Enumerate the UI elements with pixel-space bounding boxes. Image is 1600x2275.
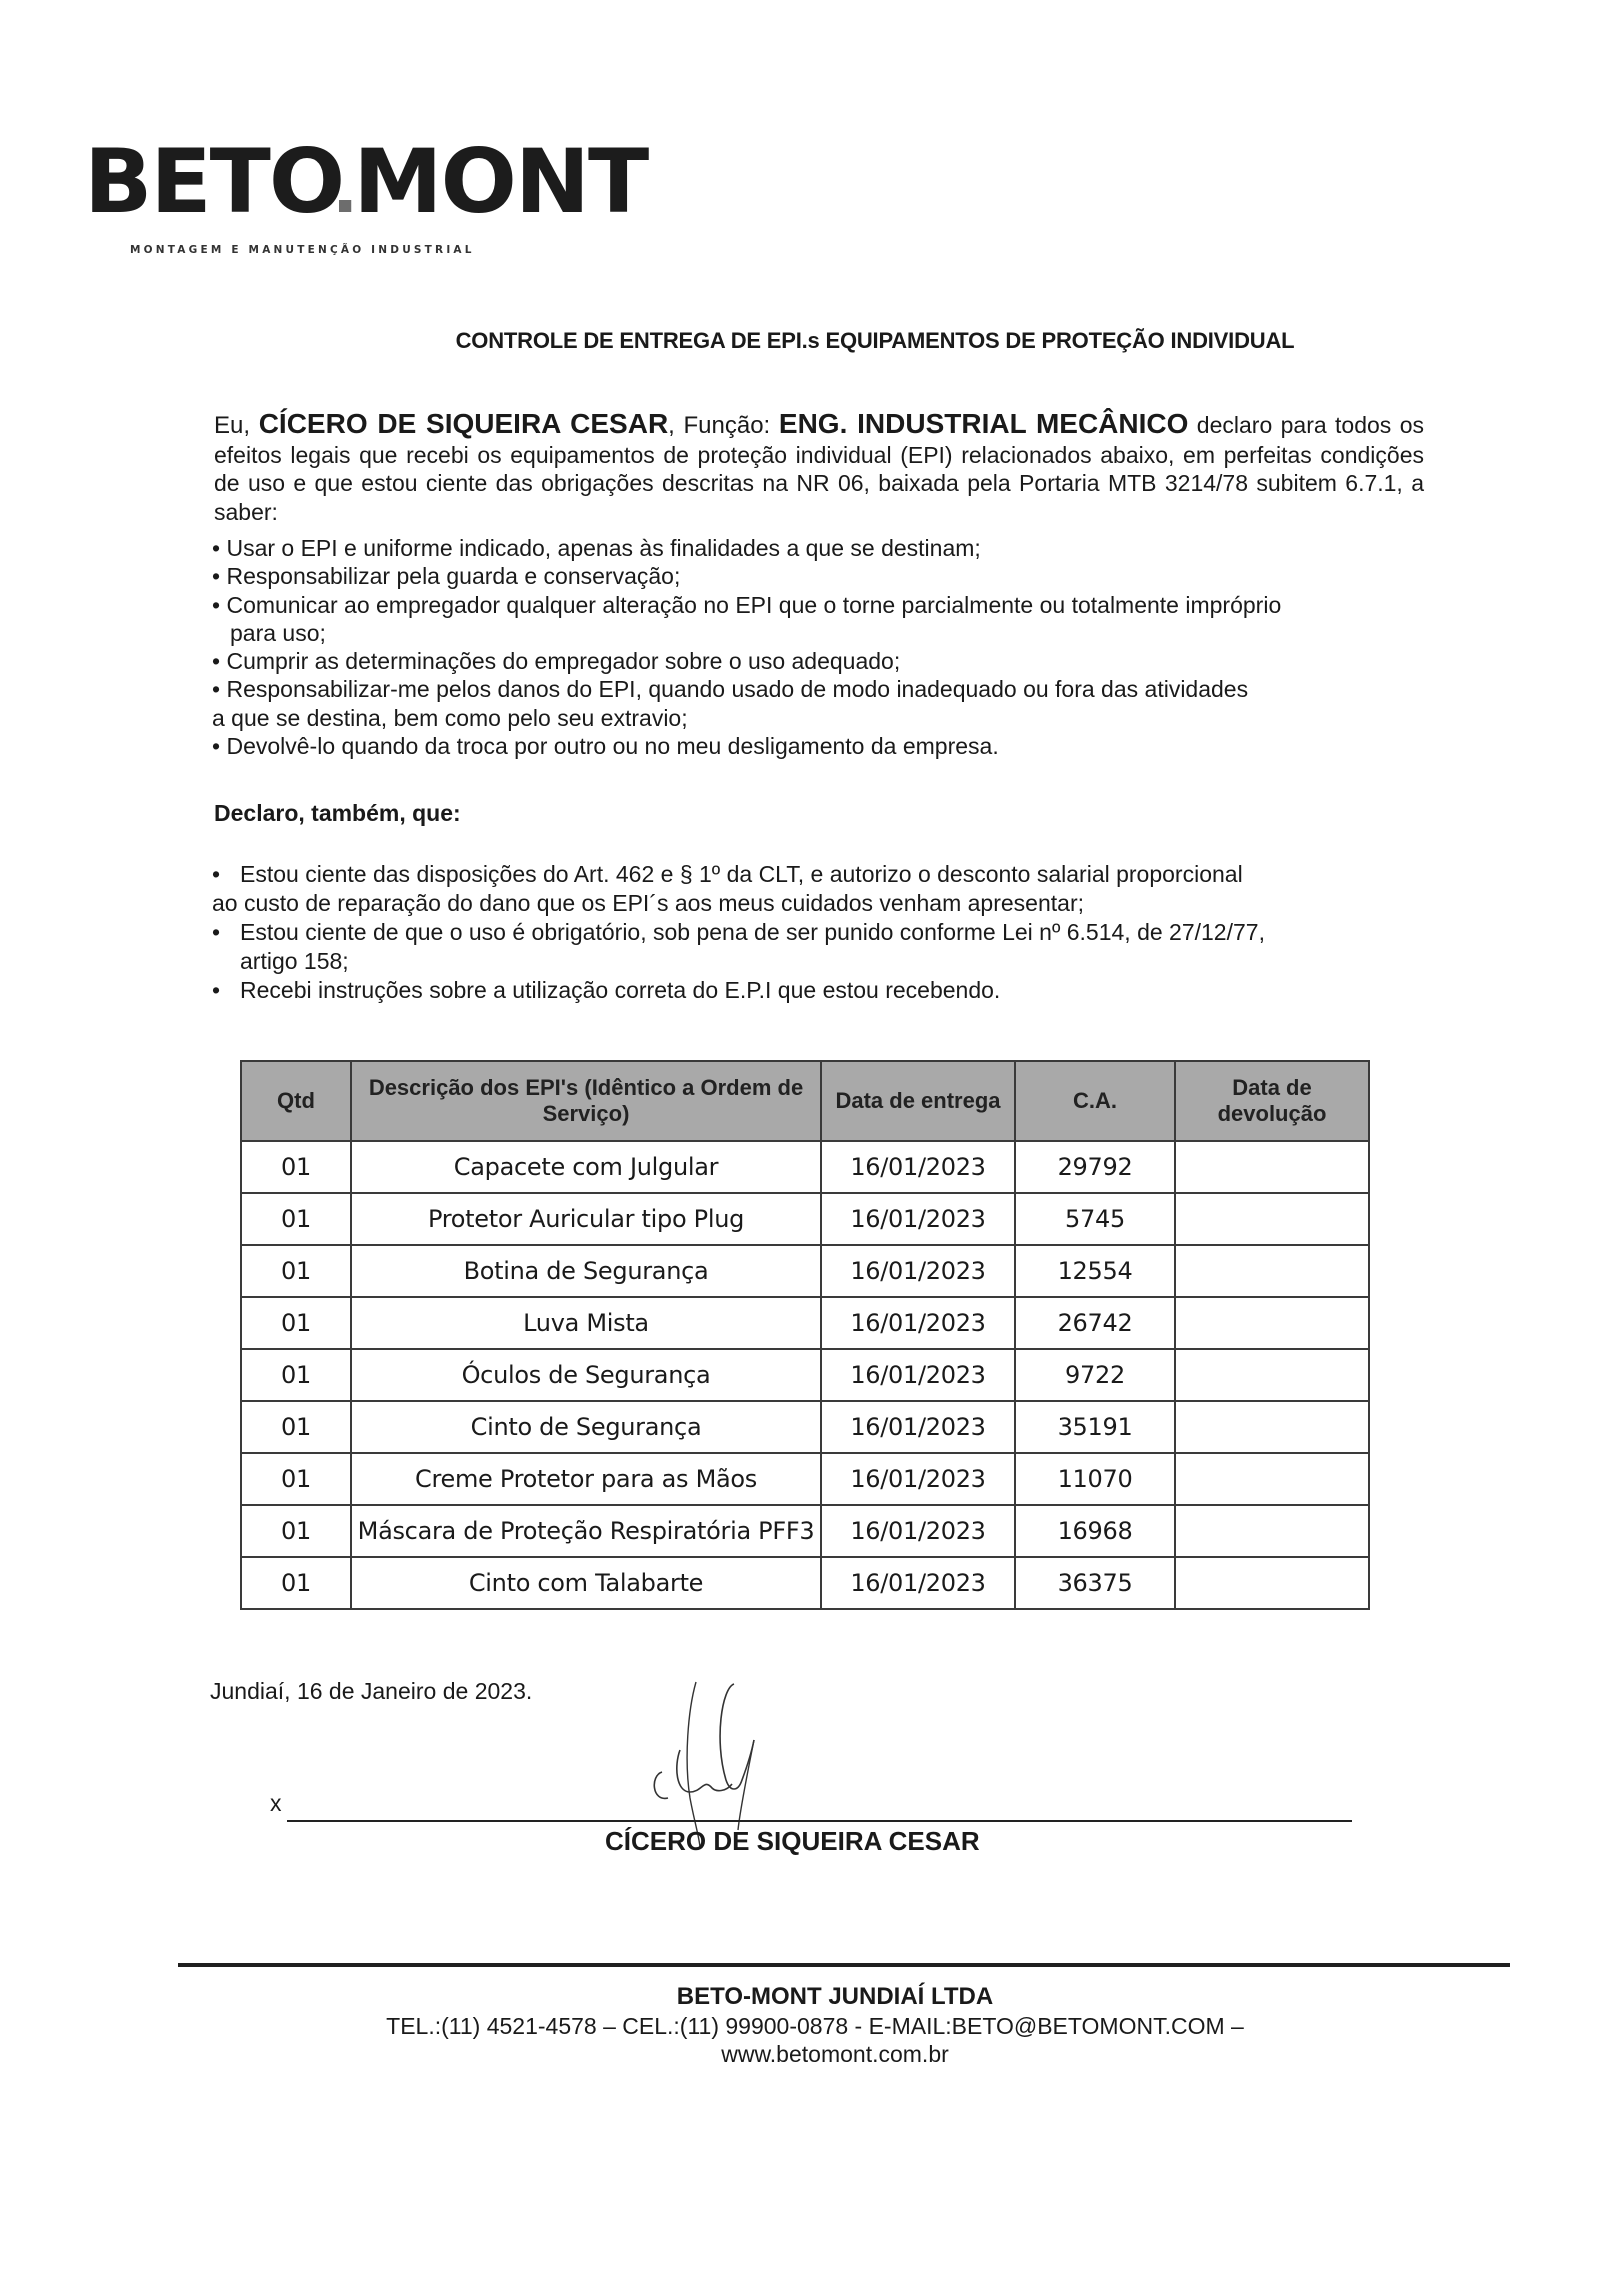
cell-ca: 36375 <box>1015 1557 1175 1609</box>
obligation-continuation: a que se destina, bem como pelo seu extr… <box>212 704 1432 732</box>
cell-delivery-date: 16/01/2023 <box>821 1193 1015 1245</box>
obligations-list: • Usar o EPI e uniforme indicado, apenas… <box>212 534 1432 760</box>
table-row: 01Capacete com Julgular16/01/202329792 <box>241 1141 1369 1193</box>
cell-return-date <box>1175 1349 1369 1401</box>
cell-description: Máscara de Proteção Respiratória PFF3 <box>351 1505 821 1557</box>
footer-company-row: BETO-MONT JUNDIAÍ LTDA <box>0 1983 1600 2011</box>
table-row: 01Luva Mista16/01/202326742 <box>241 1297 1369 1349</box>
cell-delivery-date: 16/01/2023 <box>821 1349 1015 1401</box>
cell-return-date <box>1175 1401 1369 1453</box>
obligation-continuation: para uso; <box>212 619 1432 647</box>
obligation-text: Devolvê-lo quando da troca por outro ou … <box>226 733 998 759</box>
cell-delivery-date: 16/01/2023 <box>821 1505 1015 1557</box>
cell-qtd: 01 <box>241 1349 351 1401</box>
obligation-text: Comunicar ao empregador qualquer alteraç… <box>226 592 1281 618</box>
cell-return-date <box>1175 1193 1369 1245</box>
declaration-text: ao custo de reparação do dano que os EPI… <box>212 890 1084 916</box>
declaration-continuation: artigo 158; <box>212 947 1422 976</box>
cell-delivery-date: 16/01/2023 <box>821 1401 1015 1453</box>
obligation-item: • Usar o EPI e uniforme indicado, apenas… <box>212 534 1432 562</box>
cell-qtd: 01 <box>241 1557 351 1609</box>
cell-description: Protetor Auricular tipo Plug <box>351 1193 821 1245</box>
cell-delivery-date: 16/01/2023 <box>821 1141 1015 1193</box>
cell-qtd: 01 <box>241 1505 351 1557</box>
header-return-date: Data de devolução <box>1175 1061 1369 1141</box>
header-qtd: Qtd <box>241 1061 351 1141</box>
header-description: Descrição dos EPI's (Idêntico a Ordem de… <box>351 1061 821 1141</box>
footer-website-row: www.betomont.com.br <box>0 2041 1600 2068</box>
cell-ca: 16968 <box>1015 1505 1175 1557</box>
footer-divider <box>178 1963 1510 1967</box>
cell-description: Botina de Segurança <box>351 1245 821 1297</box>
declaration-item: •Estou ciente de que o uso é obrigatório… <box>212 918 1422 947</box>
obligation-item: • Responsabilizar-me pelos danos do EPI,… <box>212 675 1432 703</box>
table-row: 01Óculos de Segurança16/01/20239722 <box>241 1349 1369 1401</box>
cell-qtd: 01 <box>241 1297 351 1349</box>
footer-contact-row: TEL.:(11) 4521-4578 – CEL.:(11) 99900-08… <box>0 2013 1600 2040</box>
cell-ca: 9722 <box>1015 1349 1175 1401</box>
logo-square-dot <box>339 200 351 212</box>
cell-ca: 35191 <box>1015 1401 1175 1453</box>
company-logo: BETOMONT MONTAGEM E MANUTENÇÃO INDUSTRIA… <box>84 138 544 256</box>
obligation-item: • Responsabilizar pela guarda e conserva… <box>212 562 1432 590</box>
header-ca: C.A. <box>1015 1061 1175 1141</box>
cell-description: Creme Protetor para as Mãos <box>351 1453 821 1505</box>
cell-qtd: 01 <box>241 1141 351 1193</box>
logo-text-right: MONT <box>353 130 647 233</box>
place-and-date: Jundiaí, 16 de Janeiro de 2023. <box>210 1678 532 1705</box>
obligation-text: para uso; <box>230 620 326 646</box>
cell-qtd: 01 <box>241 1401 351 1453</box>
cell-description: Cinto de Segurança <box>351 1401 821 1453</box>
obligation-item: • Devolvê-lo quando da troca por outro o… <box>212 732 1432 760</box>
document-title-row: CONTROLE DE ENTREGA DE EPI.s EQUIPAMENTO… <box>0 328 1600 354</box>
declaration-continuation: ao custo de reparação do dano que os EPI… <box>212 889 1422 918</box>
obligation-text: a que se destina, bem como pelo seu extr… <box>212 705 688 731</box>
obligation-text: Usar o EPI e uniforme indicado, apenas à… <box>226 535 980 561</box>
cell-return-date <box>1175 1505 1369 1557</box>
employee-role: ENG. INDUSTRIAL MECÂNICO <box>779 408 1189 439</box>
cell-qtd: 01 <box>241 1193 351 1245</box>
cell-return-date <box>1175 1141 1369 1193</box>
logo-wordmark: BETOMONT <box>84 138 553 226</box>
table-row: 01Cinto de Segurança16/01/202335191 <box>241 1401 1369 1453</box>
role-label: , Função: <box>668 412 779 439</box>
table-row: 01Creme Protetor para as Mãos16/01/20231… <box>241 1453 1369 1505</box>
cell-qtd: 01 <box>241 1245 351 1297</box>
cell-qtd: 01 <box>241 1453 351 1505</box>
epi-delivery-table: Qtd Descrição dos EPI's (Idêntico a Orde… <box>240 1060 1370 1610</box>
cell-ca: 26742 <box>1015 1297 1175 1349</box>
obligation-text: Responsabilizar-me pelos danos do EPI, q… <box>226 676 1248 702</box>
cell-description: Luva Mista <box>351 1297 821 1349</box>
employee-name: CÍCERO DE SIQUEIRA CESAR <box>259 408 668 439</box>
document-title: CONTROLE DE ENTREGA DE EPI.s EQUIPAMENTO… <box>456 328 1295 354</box>
obligation-item: • Comunicar ao empregador qualquer alter… <box>212 591 1432 619</box>
header-delivery-date: Data de entrega <box>821 1061 1015 1141</box>
declaration-item: •Recebi instruções sobre a utilização co… <box>212 976 1422 1005</box>
declaration-text: Recebi instruções sobre a utilização cor… <box>240 977 1000 1003</box>
cell-return-date <box>1175 1245 1369 1297</box>
cell-return-date <box>1175 1453 1369 1505</box>
logo-tagline: MONTAGEM E MANUTENÇÃO INDUSTRIAL <box>130 244 544 256</box>
table-row: 01Botina de Segurança16/01/202312554 <box>241 1245 1369 1297</box>
cell-description: Capacete com Julgular <box>351 1141 821 1193</box>
declaration-item: •Estou ciente das disposições do Art. 46… <box>212 860 1422 889</box>
intro-paragraph: Eu, CÍCERO DE SIQUEIRA CESAR, Função: EN… <box>214 410 1424 526</box>
obligation-item: • Cumprir as determinações do empregador… <box>212 647 1432 675</box>
cell-delivery-date: 16/01/2023 <box>821 1453 1015 1505</box>
cell-ca: 5745 <box>1015 1193 1175 1245</box>
footer-website[interactable]: www.betomont.com.br <box>721 2041 949 2068</box>
cell-description: Óculos de Segurança <box>351 1349 821 1401</box>
cell-ca: 11070 <box>1015 1453 1175 1505</box>
cell-delivery-date: 16/01/2023 <box>821 1297 1015 1349</box>
declaration-text: Estou ciente de que o uso é obrigatório,… <box>240 919 1265 945</box>
footer-company-name: BETO-MONT JUNDIAÍ LTDA <box>677 1983 993 2011</box>
obligation-text: Responsabilizar pela guarda e conservaçã… <box>226 563 680 589</box>
cell-description: Cinto com Talabarte <box>351 1557 821 1609</box>
declaration-text: artigo 158; <box>240 948 349 974</box>
signer-name: CÍCERO DE SIQUEIRA CESAR <box>605 1826 980 1857</box>
footer-contact-info: TEL.:(11) 4521-4578 – CEL.:(11) 99900-08… <box>386 2013 1244 2040</box>
also-declare-heading: Declaro, também, que: <box>214 800 461 827</box>
table-row: 01Protetor Auricular tipo Plug16/01/2023… <box>241 1193 1369 1245</box>
cell-delivery-date: 16/01/2023 <box>821 1557 1015 1609</box>
table-row: 01Cinto com Talabarte16/01/202336375 <box>241 1557 1369 1609</box>
cell-return-date <box>1175 1557 1369 1609</box>
cell-delivery-date: 16/01/2023 <box>821 1245 1015 1297</box>
table-row: 01Máscara de Proteção Respiratória PFF31… <box>241 1505 1369 1557</box>
logo-text-left: BETO <box>84 130 343 233</box>
cell-return-date <box>1175 1297 1369 1349</box>
obligation-text: Cumprir as determinações do empregador s… <box>226 648 900 674</box>
declarations-list: •Estou ciente das disposições do Art. 46… <box>212 860 1422 1005</box>
handwritten-signature <box>630 1680 830 1850</box>
declaration-text: Estou ciente das disposições do Art. 462… <box>240 861 1243 887</box>
cell-ca: 12554 <box>1015 1245 1175 1297</box>
signature-line <box>287 1820 1352 1822</box>
table-header-row: Qtd Descrição dos EPI's (Idêntico a Orde… <box>241 1061 1369 1141</box>
intro-prefix: Eu, <box>214 412 259 439</box>
signature-x-mark: x <box>270 1790 282 1817</box>
cell-ca: 29792 <box>1015 1141 1175 1193</box>
